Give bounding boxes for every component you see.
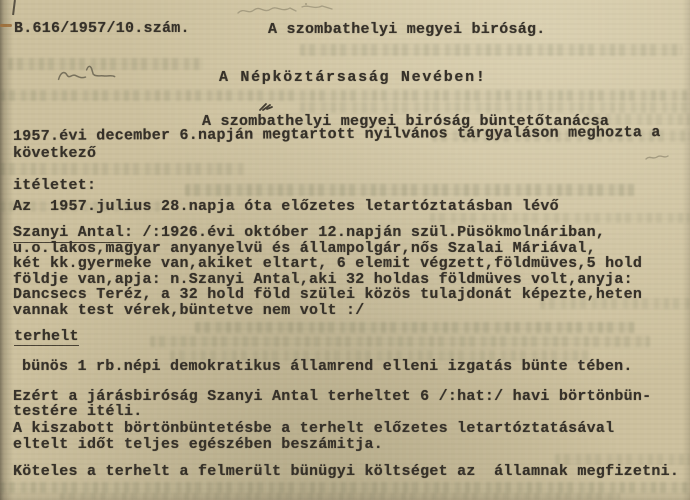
body-line-3: következő xyxy=(13,146,96,161)
defendant-line-3: két kk.gyermeke van,akiket eltart, 6 ele… xyxy=(13,256,642,271)
verdict-label: itéletet: xyxy=(13,178,96,193)
case-number: B.616/1957/10.szám. xyxy=(14,21,190,36)
sentence-line-1: Ezért a járásbiróság Szanyi Antal terhel… xyxy=(13,389,651,404)
arrest-line: Az 1957.julius 28.napja óta előzetes let… xyxy=(13,199,559,214)
scanned-document-page: B.616/1957/10.szám.A szombathelyi megyei… xyxy=(0,0,690,500)
title: A Népköztársaság Nevében! xyxy=(219,70,487,85)
court-name: A szombathelyi megyei biróság. xyxy=(268,22,546,37)
defendant-line-2: u.o.lakos,magyar anyanyelvü és állampolg… xyxy=(13,241,596,256)
guilty-line: bünös 1 rb.népi demokratikus államrend e… xyxy=(22,359,633,374)
defendant-line-4: földje van,apja: n.Szanyi Antal,aki 32 h… xyxy=(13,272,633,287)
defendant-line-1: Szanyi Antal: /:1926.évi október 12.napj… xyxy=(13,225,605,240)
charged-label: terhelt xyxy=(14,329,79,346)
text-layer: B.616/1957/10.szám.A szombathelyi megyei… xyxy=(0,0,690,500)
body-line-2: 1957.évi december 6.napján megtartott ny… xyxy=(13,125,661,144)
detention-line-2: eltelt időt teljes egészében beszámitja. xyxy=(13,437,383,452)
sentence-line-2: testére itéli. xyxy=(13,404,143,419)
defendant-line-6: vannak test vérek,büntetve nem volt :/ xyxy=(13,303,365,318)
costs-line: Köteles a terhelt a felmerült bünügyi kö… xyxy=(13,464,679,479)
detention-line-1: A kiszabott börtönbüntetésbe a terhelt e… xyxy=(13,421,614,436)
defendant-line-5: Dancsecs Teréz, a 32 hold föld szülei kö… xyxy=(13,287,642,302)
